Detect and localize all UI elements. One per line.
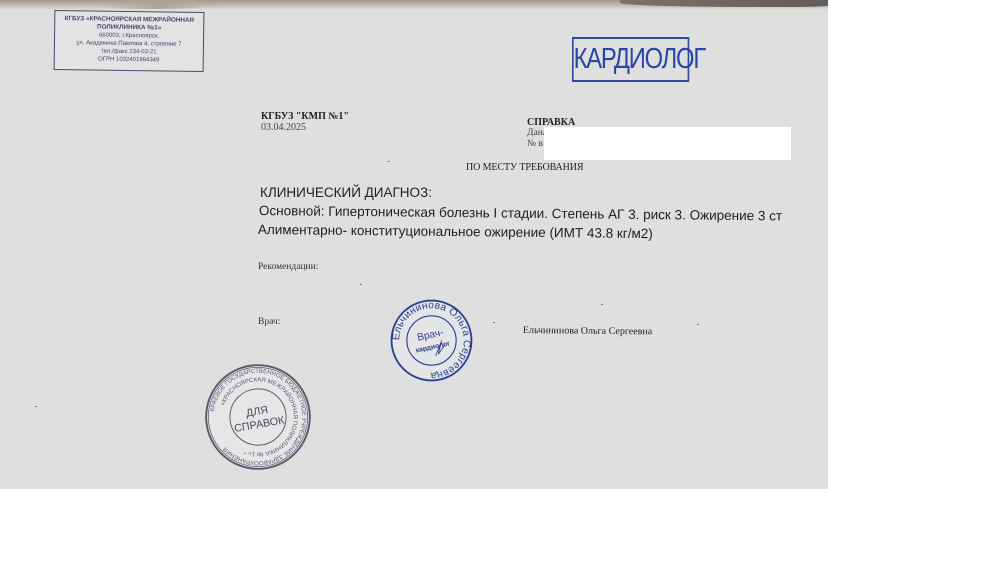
diagnosis-main: Основной: Гипертоническая болезнь I стад… xyxy=(259,203,782,223)
diagnosis-secondary: Алиментарно- конституциональное ожирение… xyxy=(258,222,653,241)
scan-speck xyxy=(388,161,390,162)
scan-speck xyxy=(35,406,37,407)
scan-speck xyxy=(697,324,699,325)
doctor-label: Врач: xyxy=(258,317,280,327)
header-left: КГБУЗ "КМП №1" 03.04.2025 xyxy=(261,111,349,133)
doctor-name: Ельчининова Ольга Сергеевна xyxy=(523,325,652,337)
scan-speck xyxy=(360,284,362,285)
scanned-document: КГБУЗ «КРАСНОЯРСКАЯ МЕЖРАЙОННАЯ ПОЛИКЛИН… xyxy=(0,0,828,489)
organization-short: КГБУЗ "КМП №1" xyxy=(261,111,349,122)
star-icon: * xyxy=(435,369,439,378)
destination-text: ПО МЕСТУ ТРЕБОВАНИЯ xyxy=(466,162,583,173)
cardiologist-stamp: КАРДИОЛОГ xyxy=(572,37,689,82)
reference-round-stamp: КРАЕВОЕ ГОСУДАРСТВЕННОЕ БЮДЖЕТНОЕ УЧРЕЖД… xyxy=(204,363,312,471)
redaction-box xyxy=(544,127,791,160)
scan-speck xyxy=(601,304,603,305)
diagnosis-title: КЛИНИЧЕСКИЙ ДИАГНОЗ: xyxy=(260,185,432,200)
scan-speck xyxy=(493,322,495,323)
document-date: 03.04.2025 xyxy=(261,122,349,133)
clinic-stamp-line: ОГРН 1032401994349 xyxy=(55,55,203,65)
recommendations-label: Рекомендации: xyxy=(258,262,318,272)
doctor-round-stamp: Ельчининова Ольга Сергеевна Врач- кардио… xyxy=(389,298,474,383)
torn-paper-edge xyxy=(0,0,828,10)
clinic-rectangular-stamp: КГБУЗ «КРАСНОЯРСКАЯ МЕЖРАЙОННАЯ ПОЛИКЛИН… xyxy=(54,10,205,72)
